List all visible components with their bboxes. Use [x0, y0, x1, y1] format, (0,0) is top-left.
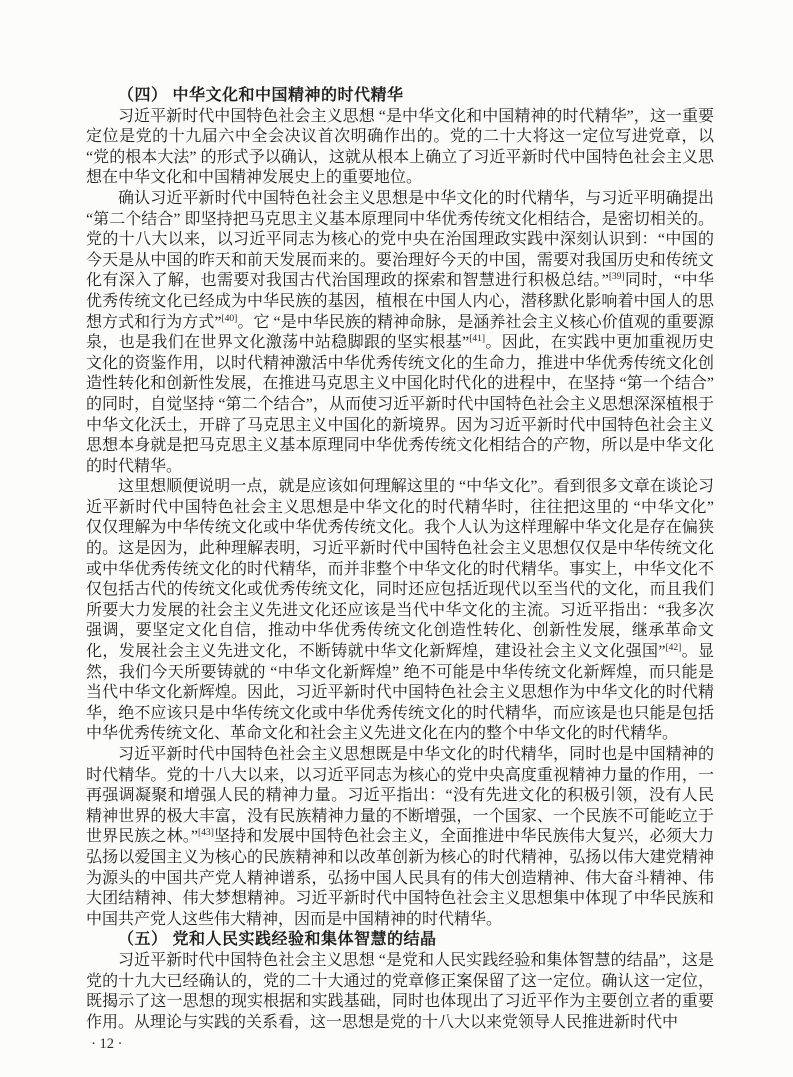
paragraph-1: 习近平新时代中国特色社会主义思想 “是中华文化和中国精神的时代精华”，这一重要定…	[86, 107, 714, 189]
text-run: 习近平新时代中国特色社会主义思想 “是党和人民实践经验和集体智慧的结晶”，这是党…	[86, 952, 714, 1031]
paragraph-3: 这里想顺便说明一点，就是应该如何理解这里的 “中华文化”。看到很多文章在谈论习近…	[86, 477, 714, 745]
paragraph-2: 确认习近平新时代中国特色社会主义思想是中华文化的时代精华，与习近平明确提出 “第…	[86, 189, 714, 477]
text-run: 习近平新时代中国特色社会主义思想 “是中华文化和中国精神的时代精华”，这一重要定…	[86, 108, 714, 187]
text-run: 这里想顺便说明一点，就是应该如何理解这里的 “中华文化”。看到很多文章在谈论习近…	[86, 478, 714, 660]
section-heading-4: （四） 中华文化和中国精神的时代精华	[86, 86, 714, 107]
footnote-reference: [41]	[469, 334, 485, 344]
footnote-reference: [39]	[609, 272, 625, 282]
text-run: 。因此，在实践中更加重视历史文化的资鉴作用，以时代精神激活中华优秀传统文化的生命…	[86, 334, 714, 475]
paragraph-4: 习近平新时代中国特色社会主义思想既是中华文化的时代精华，同时也是中国精神的时代精…	[86, 745, 714, 930]
document-content: （四） 中华文化和中国精神的时代精华习近平新时代中国特色社会主义思想 “是中华文…	[86, 86, 714, 1055]
page-number: · 12 ·	[86, 1033, 714, 1055]
text-run: （四） 中华文化和中国精神的时代精华	[118, 87, 403, 104]
text-run: （五） 党和人民实践经验和集体智慧的结晶	[118, 931, 436, 948]
footnote-reference: [43]	[198, 828, 214, 838]
footnote-reference: [42]	[665, 643, 681, 653]
footnote-reference: [40]	[222, 314, 238, 324]
scanned-document-page: （四） 中华文化和中国精神的时代精华习近平新时代中国特色社会主义思想 “是中华文…	[0, 0, 793, 1077]
paragraph-5: 习近平新时代中国特色社会主义思想 “是党和人民实践经验和集体智慧的结晶”，这是党…	[86, 951, 714, 1033]
section-heading-5: （五） 党和人民实践经验和集体智慧的结晶	[86, 930, 714, 951]
